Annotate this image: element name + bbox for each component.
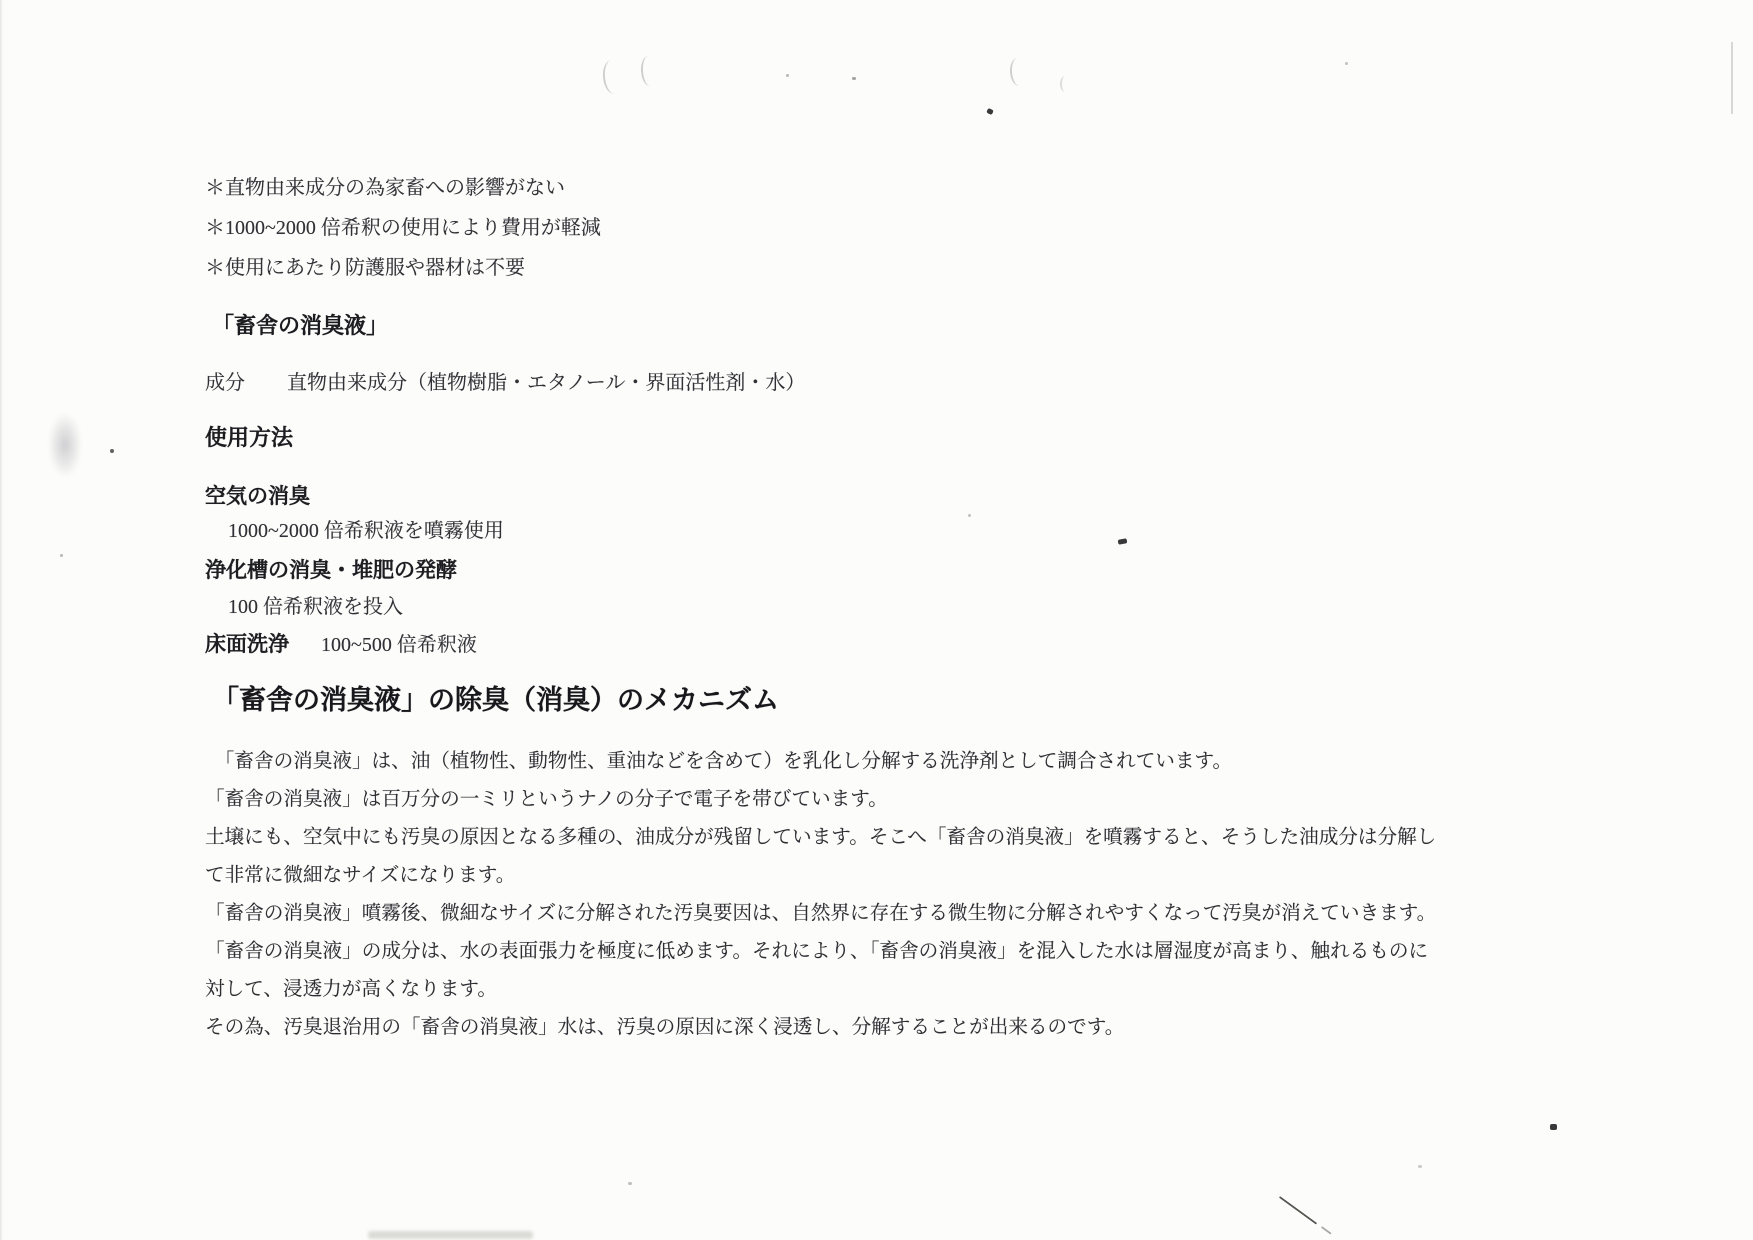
ingredients-label: 成分 bbox=[205, 372, 245, 394]
scan-curl-mark bbox=[601, 59, 624, 95]
product-heading: 「畜舎の消臭液」 bbox=[212, 306, 388, 346]
paragraph-line: て非常に微細なサイズになります。 bbox=[205, 857, 1436, 895]
scan-edge-shadow bbox=[0, 0, 3, 1240]
usage-item-title-tank: 浄化槽の消臭・堆肥の発酵 bbox=[205, 550, 457, 590]
paragraph-line: 「畜舎の消臭液」は、油（植物性、動物性、重油などを含めて）を乳化し分解する洗浄剤… bbox=[205, 743, 1436, 781]
paragraph-line: 「畜舎の消臭液」は百万分の一ミリというナノの分子で電子を帯びています。 bbox=[205, 781, 1436, 819]
paragraph-line: 土壌にも、空気中にも汚臭の原因となる多種の、油成分が残留しています。そこへ「畜舎… bbox=[205, 819, 1436, 857]
scan-curl-mark bbox=[1009, 57, 1028, 86]
usage-item-title-floor: 床面洗浄 bbox=[205, 632, 289, 656]
scan-speck bbox=[1418, 1165, 1422, 1168]
scan-scratch bbox=[1321, 1226, 1332, 1235]
paragraph-line: 「畜舎の消臭液」噴霧後、微細なサイズに分解された汚臭要因は、自然界に存在する微生… bbox=[205, 895, 1436, 933]
ingredients-value: 直物由来成分（植物樹脂・エタノール・界面活性剤・水） bbox=[287, 372, 805, 394]
usage-item-floor: 床面洗浄100~500 倍希釈液 bbox=[205, 624, 477, 665]
usage-item-detail-floor: 100~500 倍希釈液 bbox=[321, 634, 477, 656]
scan-speck bbox=[852, 77, 856, 80]
scan-speck bbox=[1345, 62, 1348, 65]
scan-speck bbox=[60, 554, 63, 557]
usage-item-title-air: 空気の消臭 bbox=[205, 476, 310, 516]
mechanism-heading: 「畜舎の消臭液」の除臭（消臭）のメカニズム bbox=[212, 680, 779, 720]
usage-item-detail-tank: 100 倍希釈液を投入 bbox=[228, 587, 403, 627]
mechanism-paragraph: 「畜舎の消臭液」は、油（植物性、動物性、重油などを含めて）を乳化し分解する洗浄剤… bbox=[205, 743, 1436, 1047]
usage-heading: 使用方法 bbox=[205, 418, 293, 458]
scan-bottom-shadow bbox=[368, 1231, 533, 1239]
scan-smudge bbox=[48, 412, 82, 478]
scan-speck bbox=[110, 449, 114, 453]
scan-curl-mark bbox=[640, 55, 658, 86]
paragraph-line: 「畜舎の消臭液」の成分は、水の表面張力を極度に低めます。それにより、「畜舎の消臭… bbox=[205, 933, 1436, 971]
feature-bullet-list: ＊直物由来成分の為家畜への影響がない ＊1000~2000 倍希釈の使用により費… bbox=[205, 168, 601, 288]
scan-edge-line bbox=[1731, 42, 1733, 114]
scanned-page: ＊直物由来成分の為家畜への影響がない ＊1000~2000 倍希釈の使用により費… bbox=[0, 0, 1753, 1240]
scan-speck bbox=[786, 74, 789, 77]
scan-speck bbox=[628, 1182, 632, 1185]
feature-bullet: ＊直物由来成分の為家畜への影響がない bbox=[205, 168, 601, 208]
paragraph-line: 対して、浸透力が高くなります。 bbox=[205, 971, 1436, 1009]
scan-speck bbox=[1550, 1124, 1557, 1130]
feature-bullet: ＊1000~2000 倍希釈の使用により費用が軽減 bbox=[205, 208, 601, 248]
scan-speck bbox=[1118, 538, 1128, 544]
scan-scratch bbox=[1279, 1196, 1317, 1225]
paragraph-line: その為、汚臭退治用の「畜舎の消臭液」水は、汚臭の原因に深く浸透し、分解することが… bbox=[205, 1009, 1436, 1047]
scan-curl-mark bbox=[1060, 76, 1070, 92]
feature-bullet: ＊使用にあたり防護服や器材は不要 bbox=[205, 248, 601, 288]
scan-speck bbox=[968, 514, 971, 517]
usage-item-detail-air: 1000~2000 倍希釈液を噴霧使用 bbox=[228, 511, 504, 551]
scan-speck bbox=[986, 108, 994, 115]
ingredients-row: 成分直物由来成分（植物樹脂・エタノール・界面活性剤・水） bbox=[205, 363, 805, 403]
